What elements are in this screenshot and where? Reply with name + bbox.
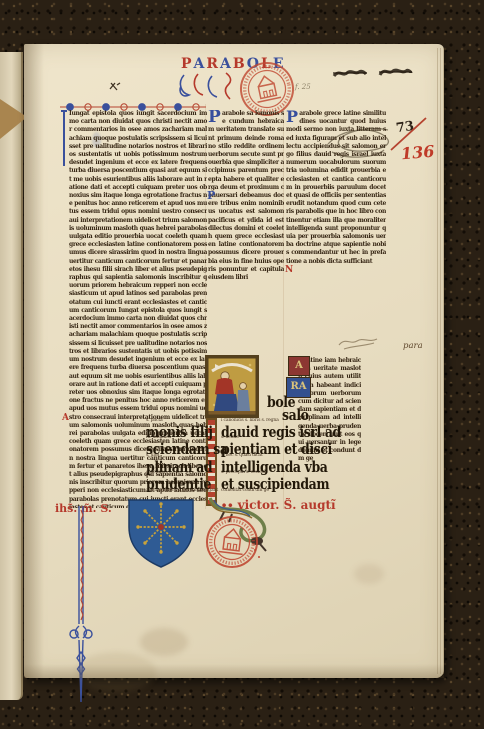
incipit-line: sciendam sa — [146, 440, 230, 458]
ink-mark-icon — [108, 80, 122, 92]
initial-descender-icon — [60, 108, 68, 170]
folio-number: 136 — [400, 142, 435, 164]
incipit-line: dauid regis isrl ad — [221, 423, 363, 441]
incipit-line: et suscipiendam — [221, 475, 363, 493]
leaf-edges — [437, 48, 444, 674]
parchment-stain — [354, 564, 384, 584]
library-stamp-icon — [201, 511, 263, 573]
incipit-line: prudentie — [146, 475, 230, 493]
crossed-shelfmark-scribble-icon — [332, 67, 368, 81]
coat-of-arms-shield-icon — [124, 496, 198, 572]
running-title-letter: R — [206, 56, 218, 72]
parchment-stain — [140, 628, 188, 656]
pencil-note: f. 25 — [295, 83, 311, 91]
running-title-letter: P — [181, 56, 192, 72]
ink-speck — [254, 549, 256, 551]
penwork-flourish-icon — [174, 71, 236, 103]
incipit-line: intelligenda vba — [221, 458, 363, 476]
margin-note: para — [403, 341, 423, 351]
ink-speck — [258, 556, 260, 558]
incipit-line: pientiam et disci — [221, 440, 363, 458]
manuscript-page: P A R A B O L E — [24, 44, 444, 678]
red-initial: A — [62, 413, 69, 423]
manuscript-photo: P A R A B O L E — [0, 0, 484, 729]
blue-initial: P — [207, 189, 215, 202]
historiated-initial-icon — [205, 355, 259, 418]
incipit-line: plinam ad — [146, 458, 230, 476]
parchment-stain — [76, 652, 156, 692]
penwork-descender-icon — [69, 506, 93, 706]
incipit-left-block: s. pactamonis filij m. dauidicasciendam … — [146, 418, 230, 493]
blue-initial: P — [286, 110, 298, 124]
running-title-letter: A — [194, 56, 205, 72]
display-letter-panel: A — [288, 356, 310, 376]
incipit-line: monis filij — [146, 423, 230, 441]
facing-page-edge — [0, 52, 23, 700]
crossed-shelfmark-scribble-icon — [377, 65, 413, 81]
blue-initial: P — [208, 110, 220, 124]
running-title-letter: A — [220, 56, 231, 72]
incipit-right-block: i canonicis s. libris s. regnadauid regi… — [221, 418, 363, 493]
red-initial: N — [285, 265, 293, 275]
ex-libris-right: ∙∙ victor. S̃. augtı̃ — [221, 498, 336, 512]
margin-scribble-icon — [336, 331, 382, 353]
text-column-2: Parabole sa lomonis se cundum hebraicam … — [208, 110, 284, 356]
text-column-3: Parabole grece latine similitudines uoca… — [286, 110, 386, 346]
